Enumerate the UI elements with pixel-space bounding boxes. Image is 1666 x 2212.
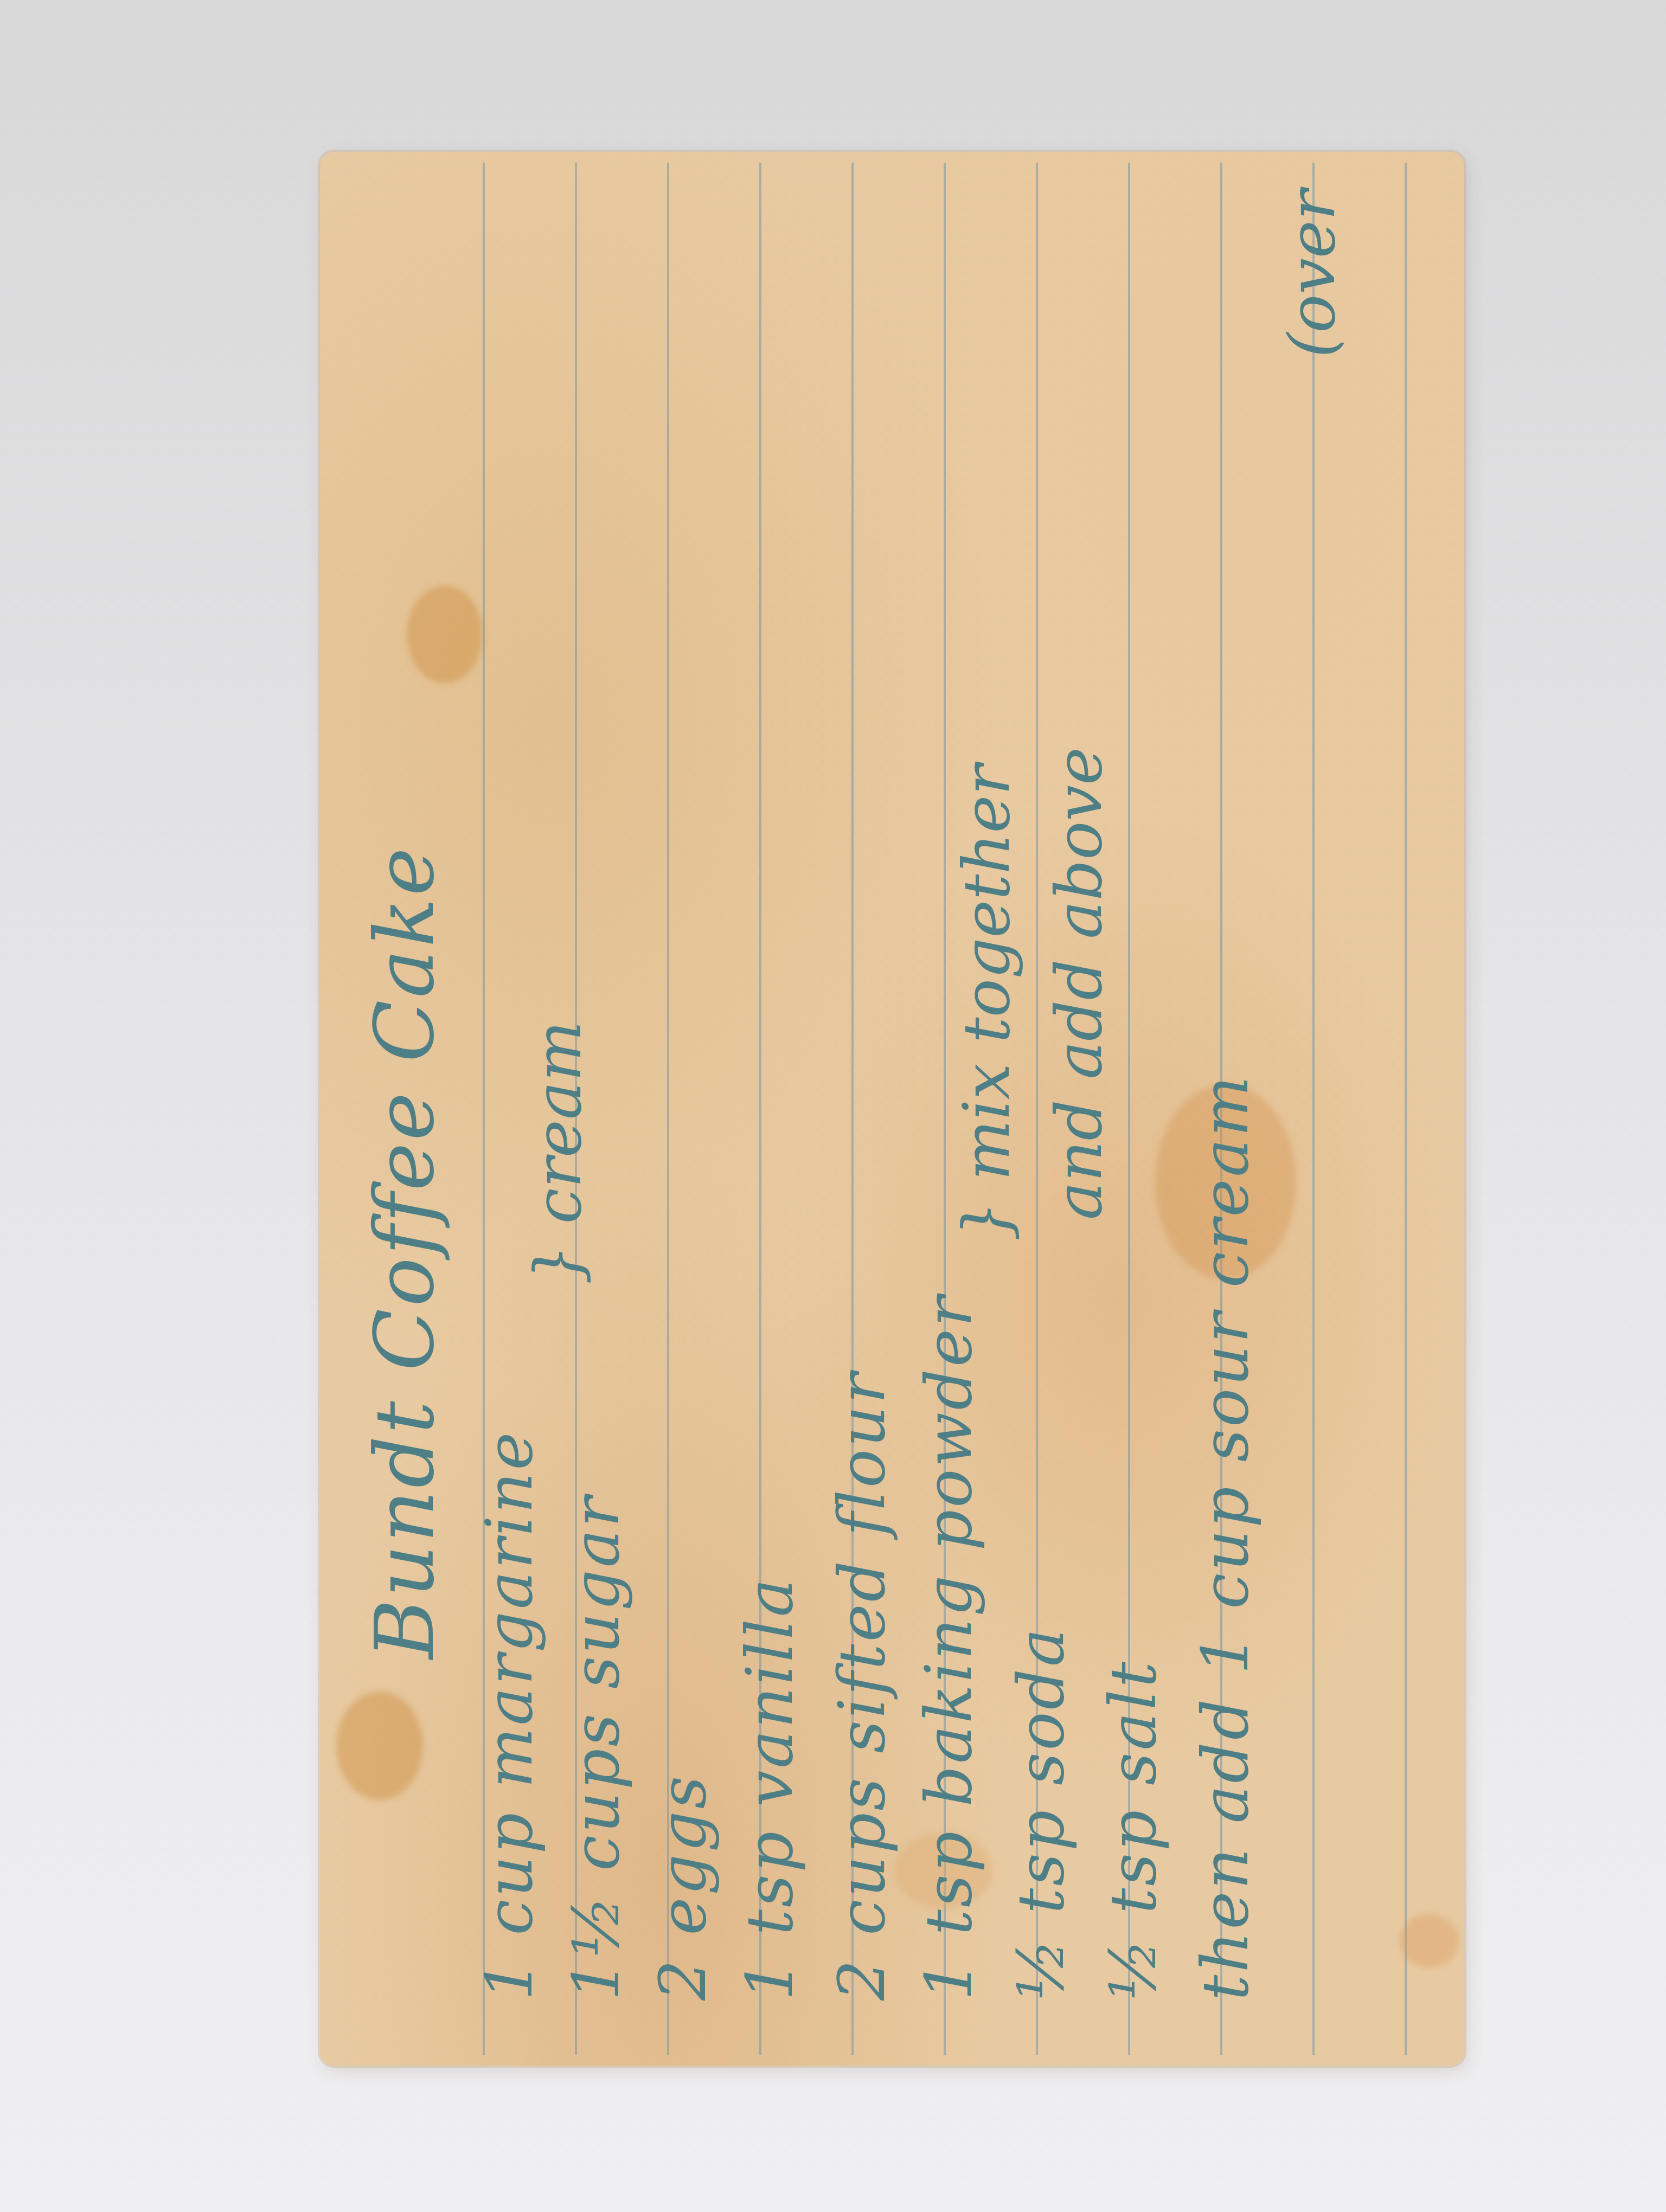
note-add: and add above <box>1041 747 1116 1220</box>
ingredient-line: 1 tsp vanilla <box>732 1577 807 2001</box>
handwriting-layer: Bundt Coffee Cake 1 cup margarine 1½ cup… <box>320 152 1464 2066</box>
note-mix: } mix together <box>949 764 1024 1242</box>
ingredient-line: 1½ cups sugar <box>559 1495 633 2001</box>
note-cream: } cream <box>521 1021 595 1285</box>
recipe-title: Bundt Coffee Cake <box>358 845 452 1659</box>
ingredient-line: 1 cup margarine <box>472 1430 547 2001</box>
ingredient-line: 2 eggs <box>645 1774 720 2001</box>
ingredient-line: 2 cups sifted flour <box>824 1371 899 2001</box>
ingredient-line: 1 tsp baking powder <box>911 1294 986 2001</box>
ingredient-line: ½ tsp salt <box>1095 1660 1170 2001</box>
note-over: (over <box>1274 190 1349 358</box>
recipe-card: Bundt Coffee Cake 1 cup margarine 1½ cup… <box>320 152 1464 2066</box>
ingredient-line: ½ tsp soda <box>1003 1626 1078 2001</box>
ingredient-line: then add 1 cup sour cream <box>1188 1074 1263 2001</box>
